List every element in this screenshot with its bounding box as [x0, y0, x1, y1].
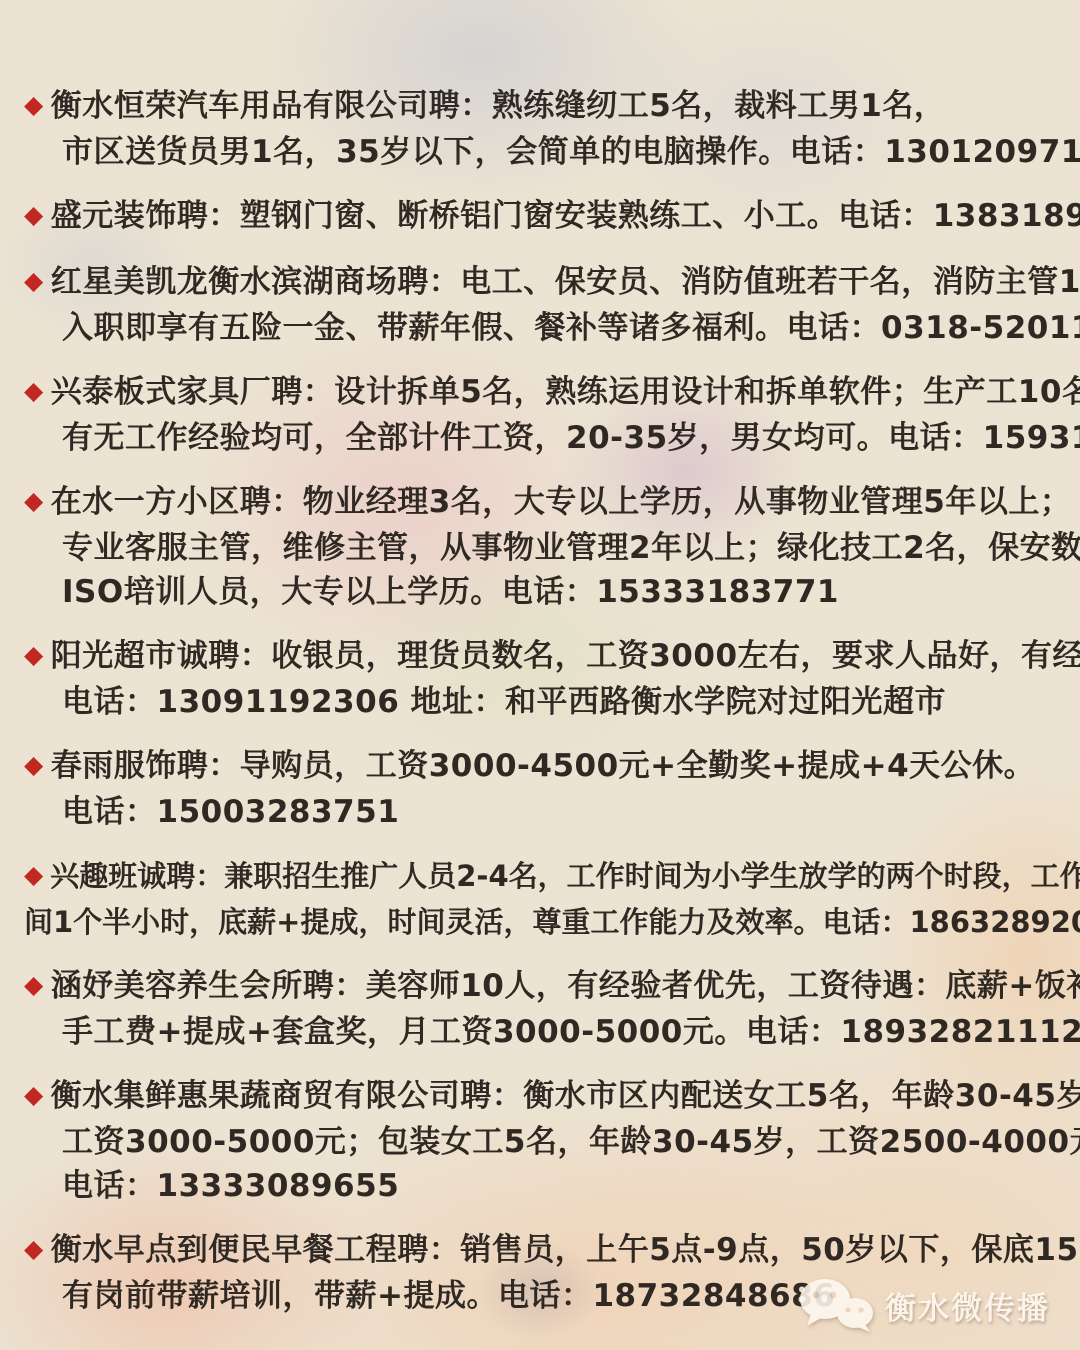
job-listing-text: 红星美凯龙衡水滨湖商场聘：电工、保安员、消防值班若干名，消防主管1名，	[51, 264, 1080, 300]
job-listing-text: 涵妤美容养生会所聘：美容师10人，有经验者优先，工资待遇：底薪+饭补+全勤+	[51, 968, 1080, 1004]
job-listing-text: 兴泰板式家具厂聘：设计拆单5名，熟练运用设计和拆单软件；生产工10名，	[51, 374, 1080, 410]
diamond-bullet-icon: ◆	[24, 479, 44, 523]
job-listing-line: ◆衡水恒荣汽车用品有限公司聘：熟练缝纫工5名，裁料工男1名，	[24, 84, 1058, 130]
job-listing: ◆涵妤美容养生会所聘：美容师10人，有经验者优先，工资待遇：底薪+饭补+全勤+手…	[24, 964, 1058, 1054]
job-listing-text: 有无工作经验均可，全部计件工资，20-35岁，男女均可。电话：159313788…	[62, 420, 1080, 456]
job-listing-text: 衡水集鲜惠果蔬商贸有限公司聘：衡水市区内配送女工5名，年龄30-45岁，	[51, 1078, 1080, 1114]
diamond-bullet-icon: ◆	[24, 1073, 44, 1117]
job-listing-line: ISO培训人员，大专以上学历。电话：15333183771	[24, 570, 1058, 614]
job-listing-text: 阳光超市诚聘：收银员，理货员数名，工资3000左右，要求人品好，有经验。	[51, 638, 1080, 674]
diamond-bullet-icon: ◆	[24, 853, 43, 897]
job-listing: ◆衡水恒荣汽车用品有限公司聘：熟练缝纫工5名，裁料工男1名，市区送货员男1名，3…	[24, 84, 1058, 174]
job-listing-text: 入职即享有五险一金、带薪年假、餐补等诸多福利。电话：0318-5201155	[62, 310, 1080, 346]
job-listing-text: 手工费+提成+套盒奖，月工资3000-5000元。电话：18932821112	[62, 1014, 1080, 1050]
job-listing-text: 市区送货员男1名，35岁以下，会简单的电脑操作。电话：13012097105	[62, 134, 1080, 170]
job-listing-text: 兴趣班诚聘：兼职招生推广人员2-4名，工作时间为小学生放学的两个时段，工作时	[50, 859, 1080, 893]
job-listing-line: 手工费+提成+套盒奖，月工资3000-5000元。电话：18932821112	[24, 1010, 1058, 1054]
job-listing-text: 衡水早点到便民早餐工程聘：销售员，上午5点-9点，50岁以下，保底1500元，	[51, 1232, 1080, 1268]
job-listing-text: 在水一方小区聘：物业经理3名，大专以上学历，从事物业管理5年以上；	[51, 484, 1072, 520]
diamond-bullet-icon: ◆	[24, 259, 44, 303]
diamond-bullet-icon: ◆	[24, 83, 44, 127]
job-listing-line: ◆盛元装饰聘：塑钢门窗、断桥铝门窗安装熟练工、小工。电话：13831893313	[24, 194, 1058, 240]
job-listings: ◆衡水恒荣汽车用品有限公司聘：熟练缝纫工5名，裁料工男1名，市区送货员男1名，3…	[24, 84, 1058, 1338]
job-listing: ◆兴趣班诚聘：兼职招生推广人员2-4名，工作时间为小学生放学的两个时段，工作时间…	[24, 854, 1058, 944]
watermark-label: 衡水微传播	[885, 1283, 1050, 1328]
diamond-bullet-icon: ◆	[24, 633, 44, 677]
job-listing-line: 间1个半小时，底薪+提成，时间灵活，尊重工作能力及效率。电话：186328920…	[24, 900, 1058, 944]
diamond-bullet-icon: ◆	[24, 369, 44, 413]
job-listing: ◆红星美凯龙衡水滨湖商场聘：电工、保安员、消防值班若干名，消防主管1名，入职即享…	[24, 260, 1058, 350]
job-listing-text: 工资3000-5000元；包装女工5名，年龄30-45岁，工资2500-4000…	[62, 1124, 1080, 1160]
job-listing-line: 专业客服主管，维修主管，从事物业管理2年以上；绿化技工2名，保安数名，	[24, 526, 1058, 570]
job-listing-text: 间1个半小时，底薪+提成，时间灵活，尊重工作能力及效率。电话：186328920…	[24, 905, 1080, 939]
diamond-bullet-icon: ◆	[24, 1227, 44, 1271]
job-listing-line: ◆兴趣班诚聘：兼职招生推广人员2-4名，工作时间为小学生放学的两个时段，工作时	[24, 854, 1058, 900]
job-listing-text: 春雨服饰聘：导购员，工资3000-4500元+全勤奖+提成+4天公休。	[51, 748, 1035, 784]
job-listing: ◆盛元装饰聘：塑钢门窗、断桥铝门窗安装熟练工、小工。电话：13831893313	[24, 194, 1058, 240]
watermark: 衡水微传播	[797, 1276, 1050, 1334]
job-listing-line: ◆涵妤美容养生会所聘：美容师10人，有经验者优先，工资待遇：底薪+饭补+全勤+	[24, 964, 1058, 1010]
job-listing-text: 电话：13091192306 地址：和平西路衡水学院对过阳光超市	[62, 684, 946, 720]
job-listing-line: ◆衡水集鲜惠果蔬商贸有限公司聘：衡水市区内配送女工5名，年龄30-45岁，	[24, 1074, 1058, 1120]
job-listing-line: ◆红星美凯龙衡水滨湖商场聘：电工、保安员、消防值班若干名，消防主管1名，	[24, 260, 1058, 306]
job-listing-line: 市区送货员男1名，35岁以下，会简单的电脑操作。电话：13012097105	[24, 130, 1058, 174]
job-listing-text: 电话：13333089655	[62, 1168, 399, 1204]
job-listing: ◆兴泰板式家具厂聘：设计拆单5名，熟练运用设计和拆单软件；生产工10名，有无工作…	[24, 370, 1058, 460]
job-listing-text: ISO培训人员，大专以上学历。电话：15333183771	[62, 574, 839, 610]
job-listing-line: 有无工作经验均可，全部计件工资，20-35岁，男女均可。电话：159313788…	[24, 416, 1058, 460]
job-listing-line: 电话：13333089655	[24, 1164, 1058, 1208]
job-listing-line: ◆阳光超市诚聘：收银员，理货员数名，工资3000左右，要求人品好，有经验。	[24, 634, 1058, 680]
diamond-bullet-icon: ◆	[24, 193, 44, 237]
wechat-icon	[797, 1276, 875, 1334]
job-listing-text: 盛元装饰聘：塑钢门窗、断桥铝门窗安装熟练工、小工。电话：13831893313	[51, 198, 1080, 234]
job-listing-line: 入职即享有五险一金、带薪年假、餐补等诸多福利。电话：0318-5201155	[24, 306, 1058, 350]
job-listing: ◆衡水集鲜惠果蔬商贸有限公司聘：衡水市区内配送女工5名，年龄30-45岁，工资3…	[24, 1074, 1058, 1208]
job-listing: ◆在水一方小区聘：物业经理3名，大专以上学历，从事物业管理5年以上；专业客服主管…	[24, 480, 1058, 614]
job-listing-text: 衡水恒荣汽车用品有限公司聘：熟练缝纫工5名，裁料工男1名，	[51, 88, 946, 124]
job-listing-line: 电话：13091192306 地址：和平西路衡水学院对过阳光超市	[24, 680, 1058, 724]
job-listing: ◆阳光超市诚聘：收银员，理货员数名，工资3000左右，要求人品好，有经验。电话：…	[24, 634, 1058, 724]
job-listing-line: ◆衡水早点到便民早餐工程聘：销售员，上午5点-9点，50岁以下，保底1500元，	[24, 1228, 1058, 1274]
job-listing-text: 专业客服主管，维修主管，从事物业管理2年以上；绿化技工2名，保安数名，	[62, 530, 1080, 566]
job-listing-text: 电话：15003283751	[62, 794, 399, 830]
job-listing: ◆春雨服饰聘：导购员，工资3000-4500元+全勤奖+提成+4天公休。电话：1…	[24, 744, 1058, 834]
diamond-bullet-icon: ◆	[24, 963, 44, 1007]
job-listing-line: 电话：15003283751	[24, 790, 1058, 834]
job-listing-text: 有岗前带薪培训，带薪+提成。电话：18732848686	[62, 1278, 835, 1314]
job-listing-line: ◆春雨服饰聘：导购员，工资3000-4500元+全勤奖+提成+4天公休。	[24, 744, 1058, 790]
job-listing-line: ◆兴泰板式家具厂聘：设计拆单5名，熟练运用设计和拆单软件；生产工10名，	[24, 370, 1058, 416]
job-ads-poster: ◆衡水恒荣汽车用品有限公司聘：熟练缝纫工5名，裁料工男1名，市区送货员男1名，3…	[0, 0, 1080, 1350]
diamond-bullet-icon: ◆	[24, 743, 44, 787]
job-listing-line: 工资3000-5000元；包装女工5名，年龄30-45岁，工资2500-4000…	[24, 1120, 1058, 1164]
job-listing-line: ◆在水一方小区聘：物业经理3名，大专以上学历，从事物业管理5年以上；	[24, 480, 1058, 526]
